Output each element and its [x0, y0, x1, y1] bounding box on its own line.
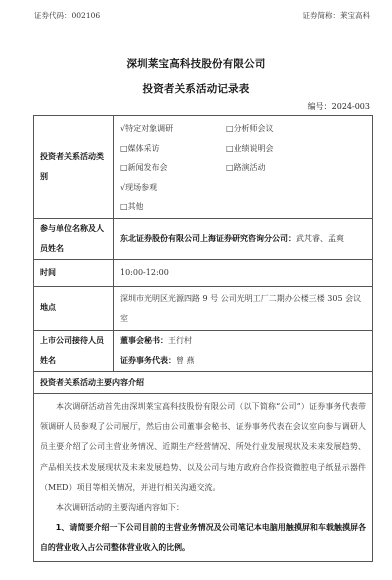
document-number: 编号：2024-003	[308, 101, 370, 112]
company-title: 深圳莱宝高科技股份有限公司	[0, 56, 392, 71]
secretary-title: 董事会秘书：	[120, 336, 168, 345]
checkbox-empty-icon: □	[120, 163, 128, 172]
option-press-conference[interactable]: □新闻发布会	[120, 158, 226, 178]
main-content-body: 本次调研活动首先由深圳莱宝高科技股份有限公司（以下简称“公司”）证券事务代表带领…	[34, 393, 373, 561]
option-earnings-briefing[interactable]: □业绩说明会	[226, 139, 366, 159]
checkbox-empty-icon: □	[120, 202, 128, 211]
option-roadshow[interactable]: □路演活动	[226, 158, 366, 178]
option-site-visit[interactable]: √现场参观	[120, 178, 226, 198]
question-1: 1、请简要介绍一下公司目前的主营业务情况及公司笔记本电脑用触摸屏和车载触摸屏各自…	[40, 518, 366, 558]
form-title: 投资者关系活动记录表	[0, 81, 392, 96]
stock-code: 证券代码：002106	[34, 10, 100, 21]
reception-value: 董事会秘书：王行村 证券事务代表：曾 燕	[114, 330, 373, 371]
checkbox-empty-icon: □	[120, 144, 128, 153]
content-paragraph: 本次调研活动的主要沟通内容如下：	[40, 498, 366, 518]
label-reception: 上市公司接待人员姓名	[34, 330, 114, 371]
time-value: 10:00-12:00	[114, 259, 373, 286]
activity-record-table: 投资者关系活动类别 √特定对象调研 □分析师会议 □媒体采访 □业绩说明会 □新…	[33, 115, 373, 562]
label-location: 地点	[34, 286, 114, 330]
row-reception: 上市公司接待人员姓名 董事会秘书：王行村 证券事务代表：曾 燕	[34, 330, 373, 371]
content-paragraph: 本次调研活动首先由深圳莱宝高科技股份有限公司（以下简称“公司”）证券事务代表带领…	[40, 397, 366, 498]
row-participants: 参与单位名称及人员姓名 东北证券股份有限公司上海证券研究咨询分公司：武芃睿、孟爽	[34, 218, 373, 259]
participants-value: 东北证券股份有限公司上海证券研究咨询分公司：武芃睿、孟爽	[114, 218, 373, 259]
securities-rep-title: 证券事务代表：	[120, 356, 176, 365]
securities-rep-name: 曾 燕	[176, 356, 195, 365]
option-other[interactable]: □其他	[120, 197, 226, 217]
row-main-content-header: 投资者关系活动主要内容介绍	[34, 371, 373, 393]
option-media-interview[interactable]: □媒体采访	[120, 139, 226, 159]
label-activity-type: 投资者关系活动类别	[34, 116, 114, 219]
location-value: 深圳市光明区光源四路 9 号 公司光明工厂二期办公楼三楼 305 会议室	[114, 286, 373, 330]
secretary-name: 王行村	[168, 336, 192, 345]
checkbox-empty-icon: □	[226, 163, 234, 172]
row-location: 地点 深圳市光明区光源四路 9 号 公司光明工厂二期办公楼三楼 305 会议室	[34, 286, 373, 330]
label-participants: 参与单位名称及人员姓名	[34, 218, 114, 259]
label-main-content: 投资者关系活动主要内容介绍	[34, 371, 373, 393]
label-time: 时间	[34, 259, 114, 286]
stock-short-name: 证券简称：莱宝高科	[303, 10, 371, 21]
row-time: 时间 10:00-12:00	[34, 259, 373, 286]
activity-type-options: √特定对象调研 □分析师会议 □媒体采访 □业绩说明会 □新闻发布会 □路演活动…	[114, 116, 373, 219]
row-activity-type: 投资者关系活动类别 √特定对象调研 □分析师会议 □媒体采访 □业绩说明会 □新…	[34, 116, 373, 219]
option-analyst-meeting[interactable]: □分析师会议	[226, 119, 366, 139]
row-main-content: 本次调研活动首先由深圳莱宝高科技股份有限公司（以下简称“公司”）证券事务代表带领…	[34, 393, 373, 561]
checkbox-empty-icon: □	[226, 144, 234, 153]
option-specific-research[interactable]: √特定对象调研	[120, 119, 226, 139]
participant-organization: 东北证券股份有限公司上海证券研究咨询分公司：	[120, 234, 296, 243]
participant-names: 武芃睿、孟爽	[296, 234, 344, 243]
checkbox-empty-icon: □	[226, 124, 234, 133]
